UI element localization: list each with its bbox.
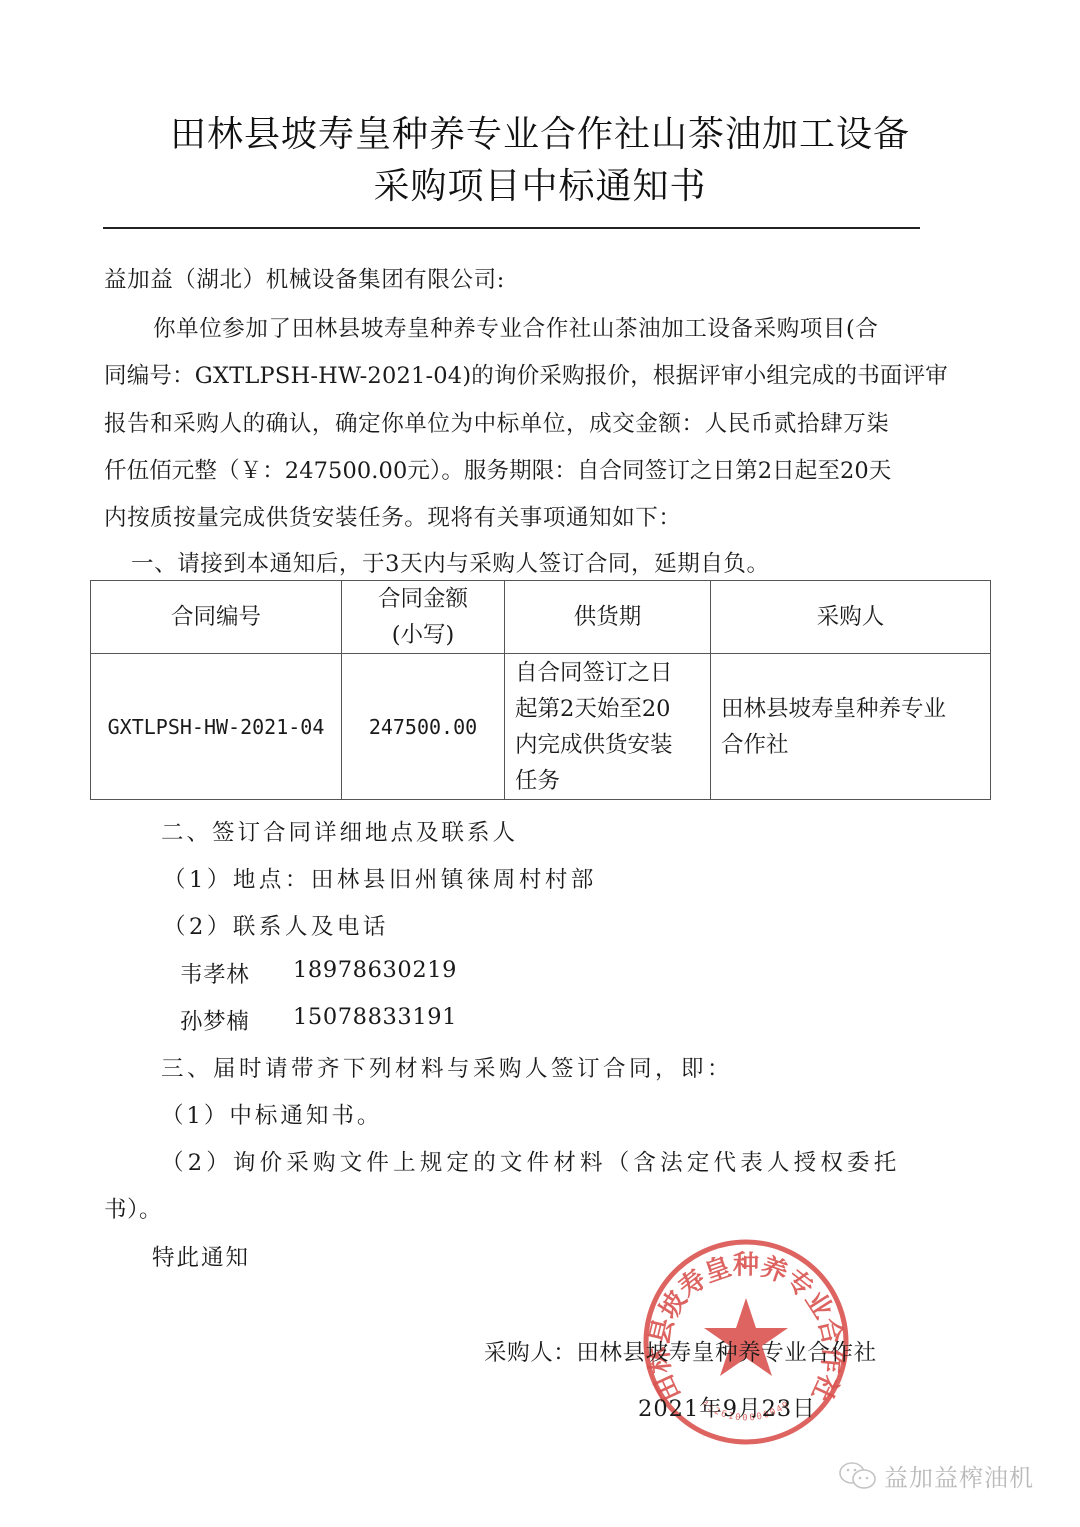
header-contract-no: 合同编号: [91, 581, 342, 654]
cell-contract-no: GXTLPSH-HW-2021-04: [91, 654, 342, 800]
wechat-icon: [838, 1461, 878, 1491]
contact-2-phone: 15078833191: [293, 1004, 457, 1030]
watermark-text: 益加益榨油机: [884, 1458, 1034, 1493]
cell-purchaser: 田林县坡寿皇种养专业 合作社: [711, 654, 991, 800]
watermark: 益加益榨油机: [838, 1458, 1034, 1493]
header-purchaser: 采购人: [711, 581, 991, 654]
signature-date: 2021年9月23日: [638, 1391, 816, 1423]
contact-2-name: 孙梦楠: [180, 1004, 249, 1036]
item-3-sub2-line1: （2）询价采购文件上规定的文件材料（含法定代表人授权委托: [161, 1145, 900, 1177]
cell-amount: 247500.00: [342, 654, 505, 800]
delivery-line: 任务: [515, 763, 704, 799]
contract-table: 合同编号 合同金额 (小写) 供货期 采购人 GXTLPSH-HW-2021-0…: [90, 580, 991, 800]
closing: 特此通知: [152, 1240, 250, 1272]
delivery-line: 起第2天始至20: [515, 691, 704, 727]
body-line-1: 你单位参加了田林县坡寿皇种养专业合作社山茶油加工设备采购项目(合: [153, 311, 878, 343]
salutation: 益加益（湖北）机械设备集团有限公司:: [104, 262, 505, 294]
body-line-4: 仟伍佰元整（￥：247500.00元）。服务期限：自合同签订之日第2日起至20天: [104, 453, 891, 485]
contact-1-phone: 18978630219: [293, 957, 457, 983]
cell-delivery: 自合同签订之日 起第2天始至20 内完成供货安装 任务: [505, 654, 711, 800]
contact-1-name: 韦孝林: [180, 957, 249, 989]
item-2: 二、签订合同详细地点及联系人: [161, 815, 518, 847]
title-divider: [103, 227, 920, 229]
delivery-line: 自合同签订之日: [515, 655, 704, 691]
signature-purchaser: 采购人：田林县坡寿皇种养专业合作社: [484, 1335, 877, 1367]
item-2-contacts-label: （2）联系人及电话: [163, 909, 389, 941]
document-title-line1: 田林县坡寿皇种养专业合作社山茶油加工设备: [0, 106, 1080, 157]
delivery-line: 内完成供货安装: [515, 727, 704, 763]
header-amount: 合同金额 (小写): [342, 581, 505, 654]
table-row: GXTLPSH-HW-2021-04 247500.00 自合同签订之日 起第2…: [91, 654, 991, 800]
document-title-line2: 采购项目中标通知书: [0, 158, 1080, 209]
table-header-row: 合同编号 合同金额 (小写) 供货期 采购人: [91, 581, 991, 654]
item-3-sub2-line2: 书）。: [104, 1192, 162, 1224]
item-2-location: （1）地点：田林县旧州镇徕周村村部: [163, 862, 597, 894]
item-3: 三、届时请带齐下列材料与采购人签订合同，即：: [161, 1051, 733, 1083]
header-amount-line2: (小写): [342, 617, 504, 653]
body-line-5: 内按质按量完成供货安装任务。现将有关事项通知如下：: [104, 500, 682, 532]
header-delivery: 供货期: [505, 581, 711, 654]
purchaser-line: 田林县坡寿皇种养专业: [721, 691, 984, 727]
header-amount-line1: 合同金额: [342, 581, 504, 617]
item-3-sub1: （1）中标通知书。: [161, 1098, 382, 1130]
purchaser-line: 合作社: [721, 727, 984, 763]
body-line-2: 同编号：GXTLPSH-HW-2021-04)的询价采购报价，根据评审小组完成的…: [104, 358, 948, 390]
item-1: 一、请接到本通知后，于3天内与采购人签订合同，延期自负。: [131, 546, 770, 578]
body-line-3: 报告和采购人的确认，确定你单位为中标单位，成交金额：人民币贰拾肆万柒: [104, 406, 889, 438]
